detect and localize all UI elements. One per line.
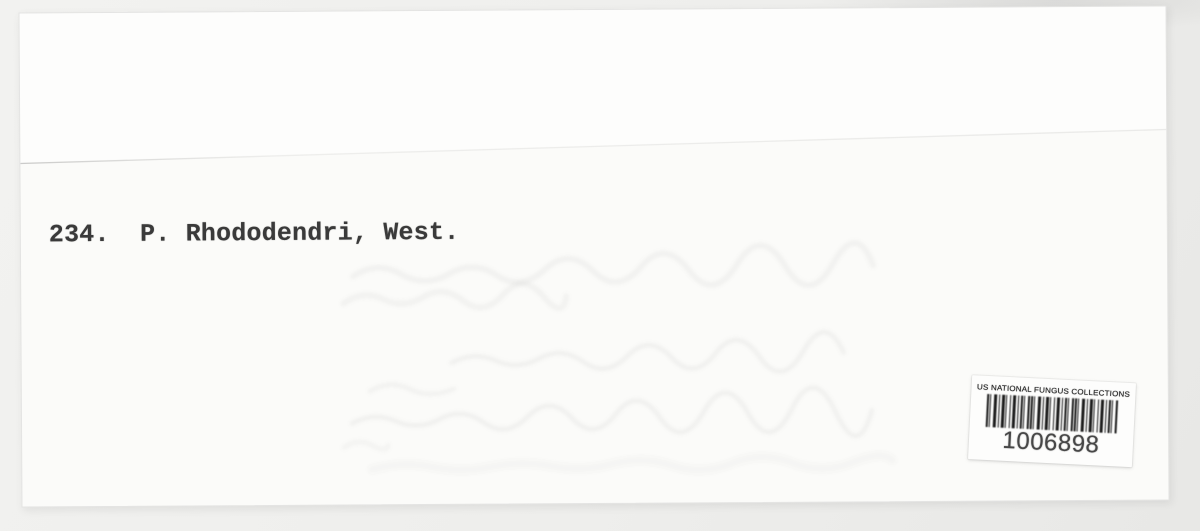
specimen-packet: 234. P. Rhododendri, West. US NATIONAL F…: [18, 5, 1169, 507]
ghost-handwriting: [343, 243, 892, 472]
barcode-icon: [986, 394, 1119, 434]
barcode-label: US NATIONAL FUNGUS COLLECTIONS 1006898: [968, 375, 1136, 467]
scanned-specimen-image: 234. P. Rhododendri, West. US NATIONAL F…: [0, 0, 1200, 531]
fold-crease-line: [20, 130, 1166, 164]
envelope-flap: [20, 7, 1167, 163]
typed-specimen-label: 234. P. Rhododendri, West.: [49, 218, 460, 251]
